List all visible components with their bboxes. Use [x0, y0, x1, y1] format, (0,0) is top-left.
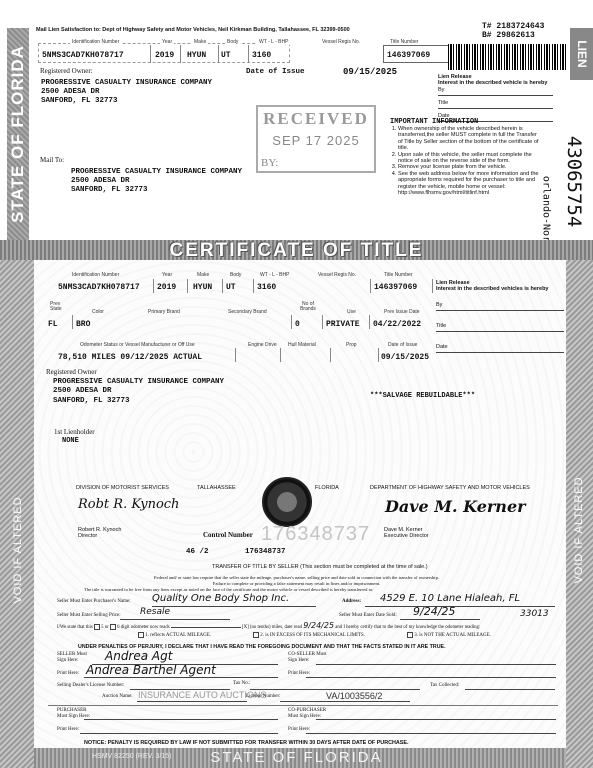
- license-number-label: License Number:: [246, 694, 281, 699]
- executive-director-signature: Dave M. Kerner: [385, 497, 526, 516]
- mileage-option-2[interactable]: 2. is IN EXCESS OF ITS MECHANICAL LIMITS…: [253, 632, 365, 638]
- control-number-large: 176348737: [261, 523, 370, 546]
- seller-signature[interactable]: Andrea Agt: [105, 649, 172, 663]
- control-number-small: 176348737: [245, 548, 286, 556]
- important-info-list: When ownership of the vehicle described …: [388, 126, 540, 221]
- transfer-legal-3: The title is warranted to be free from a…: [84, 587, 373, 592]
- cert-label-body: Body: [230, 272, 241, 278]
- info-item-2: Upon sale of this vehicle, the seller mu…: [398, 152, 540, 165]
- director-title: Director: [78, 533, 97, 539]
- cert-registered-owner-label: Registered Owner: [46, 368, 97, 376]
- cert-label-prev-issue-date: Prev Issue Date: [384, 309, 420, 315]
- selling-price-value[interactable]: Resale: [140, 607, 170, 617]
- state-band-text: STATE OF FLORIDA: [8, 45, 28, 223]
- stub-body: UT: [221, 51, 231, 60]
- stub-label-year: Year: [160, 39, 174, 45]
- cert-use: PRIVATE: [326, 320, 360, 329]
- transfer-legal-1: Federal and/ or state law require that t…: [0, 575, 593, 580]
- footer-state-of-florida: STATE OF FLORIDA: [0, 749, 593, 766]
- certificate-title: CERTIFICATE OF TITLE: [0, 240, 593, 262]
- first-lienholder-label: 1st Lienholder: [54, 428, 95, 436]
- stub-date-of-issue-label: Date of Issue: [246, 68, 305, 76]
- cert-label-title-number: Title Number: [384, 272, 412, 278]
- cert-lien-release-subtitle: Interest in the described vehicles is he…: [436, 286, 564, 292]
- dealer-license-label: Selling Dealer's License Number:: [57, 683, 124, 688]
- cert-wt-l-bhp: 3160: [257, 283, 276, 292]
- cert-year: 2019: [157, 283, 176, 292]
- cert-prev-issue-date: 04/22/2022: [373, 320, 421, 329]
- co-purchaser-signature-line[interactable]: [316, 719, 556, 720]
- purchaser-print-line[interactable]: [80, 733, 278, 734]
- void-if-altered-left: VOID IF ALTERED: [8, 400, 28, 700]
- control-number-label: Control Number: [203, 531, 253, 539]
- tracking-b-number: B# 29862613: [482, 31, 535, 40]
- florida-state-seal: [262, 477, 312, 527]
- brand-notice: ***SALVAGE REBUILDABLE***: [370, 392, 475, 400]
- tracking-t-number: T# 2183724643: [482, 22, 544, 31]
- first-lienholder-value: NONE: [62, 437, 79, 445]
- tax-no-label: Tax No.:: [233, 681, 250, 686]
- cert-label-primary-brand: Primary Brand: [148, 309, 180, 315]
- cert-owner-city: SANFORD, FL 32773: [53, 397, 130, 405]
- stub-lien-release-by: By: [438, 87, 553, 96]
- co-purchaser-print-label: Print Here:: [288, 727, 310, 732]
- mail-to-name: PROGRESSIVE CASUALTY INSURANCE COMPANY: [71, 168, 242, 176]
- purchaser-signature-line[interactable]: [84, 719, 278, 720]
- five-digit-checkbox[interactable]: [94, 624, 100, 630]
- tallahassee-label: TALLAHASSEE: [197, 485, 236, 491]
- stub-lien-release: Lien Release Interest in the described v…: [438, 74, 553, 122]
- cert-lien-release-by: By: [436, 302, 564, 311]
- address-label: Address:: [342, 599, 361, 604]
- cert-body: UT: [226, 283, 236, 292]
- stub-registered-owner-label: Registered Owner:: [40, 67, 93, 75]
- option-1-checkbox[interactable]: [138, 632, 144, 638]
- option-3-checkbox[interactable]: [407, 632, 413, 638]
- stub-vin: 5NMS3CAD7KH078717: [42, 51, 124, 60]
- odometer-statement: I/We state that this 5 or 6 digit odomet…: [57, 621, 480, 630]
- mail-lien-instruction: Mail Lien Satisfaction to: Dept of Highw…: [36, 27, 350, 33]
- received-stamp-date: SEP 17 2025: [258, 133, 374, 148]
- cert-prev-state: FL: [48, 320, 58, 329]
- mail-to-city: SANFORD, FL 32773: [71, 186, 148, 194]
- stub-title-number: 146397069: [387, 51, 430, 60]
- cert-make: HYUN: [193, 283, 212, 292]
- transfer-legal-2: Failure to complete or providing a false…: [0, 581, 593, 586]
- cert-lien-release-title-line: Title: [436, 323, 564, 332]
- mileage-option-3[interactable]: 3. is NOT THE ACTUAL MILEAGE.: [407, 632, 491, 638]
- lien-tab: LIEN: [570, 28, 593, 80]
- address-value[interactable]: 4529 E. 10 Lane Hialeah, FL: [380, 593, 520, 604]
- seller-print-label: Print Here:: [57, 671, 79, 676]
- cert-label-year: Year: [162, 272, 172, 278]
- purchaser-print-label: Print Here:: [57, 727, 79, 732]
- cert-color: BRO: [76, 320, 90, 329]
- co-seller-sign-label: CO-SELLER Must Sign Here:: [288, 652, 328, 664]
- received-stamp: RECEIVED SEP 17 2025 BY:: [256, 105, 376, 173]
- cert-owner-name: PROGRESSIVE CASUALTY INSURANCE COMPANY: [53, 378, 224, 386]
- cert-label-make: Make: [197, 272, 209, 278]
- stub-owner-name: PROGRESSIVE CASUALTY INSURANCE COMPANY: [41, 79, 212, 87]
- cert-label-identification-number: Identification Number: [72, 272, 119, 278]
- important-info-heading: IMPORTANT INFORMATION: [390, 118, 478, 126]
- date-sold-value[interactable]: 9/24/25: [413, 605, 455, 618]
- cert-lien-release: Lien Release Interest in the described v…: [436, 280, 564, 353]
- co-seller-print-label: Print Here:: [288, 671, 310, 676]
- stub-year: 2019: [155, 51, 174, 60]
- mileage-option-1[interactable]: 1. reflects ACTUAL MILEAGE.: [138, 632, 211, 638]
- cert-vin: 5NMS3CAD7KH078717: [58, 283, 140, 292]
- purchaser-name-value[interactable]: Quality One Body Shop Inc.: [152, 593, 289, 604]
- cert-label-color: Color: [92, 309, 104, 315]
- division-label: DIVISION OF MOTORIST SERVICES: [76, 485, 169, 491]
- seller-printed-name[interactable]: Andrea Barthel Agent: [86, 663, 216, 677]
- tax-collected-label: Tax Collected:: [430, 683, 459, 688]
- stub-label-body: Body: [225, 39, 240, 45]
- no-tenths-mark[interactable]: X: [244, 625, 247, 630]
- penalty-notice: NOTICE: PENALTY IS REQUIRED BY LAW IF NO…: [84, 740, 408, 746]
- info-item-4: See the web address below for more infor…: [398, 171, 540, 197]
- cert-label-use: Use: [347, 309, 356, 315]
- stub-label-make: Make: [192, 39, 208, 45]
- cert-date-of-issue: 09/15/2025: [381, 353, 429, 362]
- stub-wt-l-bhp: 3160: [252, 51, 271, 60]
- stub-lien-release-title-line: Title: [438, 100, 553, 109]
- florida-label: FLORIDA: [315, 485, 339, 491]
- void-if-altered-right: VOID IF ALTERED: [567, 380, 591, 680]
- transfer-heading: TRANSFER OF TITLE BY SELLER (This sectio…: [212, 564, 428, 570]
- state-of-florida-band: STATE OF FLORIDA: [7, 28, 29, 240]
- received-stamp-by: BY:: [261, 157, 278, 169]
- selling-price-label: Seller Must Enter Selling Price:: [57, 613, 121, 618]
- cert-label-hull-material: Hull Material: [288, 342, 316, 348]
- director-signature: Robt R. Kynoch: [78, 497, 179, 512]
- stub-label-wt-l-bhp: WT - L - BHP: [257, 39, 290, 45]
- batch-number: 46 /2: [186, 548, 209, 556]
- cert-label-odometer: Odometer Status or Vessel Manufacturer o…: [80, 342, 195, 348]
- stub-owner-street: 2500 ADESA DR: [41, 88, 100, 96]
- cert-lien-release-date: Date: [436, 344, 564, 353]
- zip-value[interactable]: 33013: [520, 609, 549, 619]
- received-stamp-title: RECEIVED: [258, 109, 374, 129]
- cert-label-vessel-regis: Vessel Regis No.: [318, 272, 356, 278]
- co-seller-signature-line[interactable]: [316, 664, 556, 665]
- mail-to-label: Mail To:: [40, 156, 64, 164]
- cert-owner-street: 2500 ADESA DR: [53, 387, 112, 395]
- odometer-reading-field[interactable]: [171, 627, 241, 628]
- executive-director-title: Executive Director: [384, 533, 429, 539]
- cert-label-no-of-brands: No of Brands: [296, 302, 320, 312]
- mail-to-street: 2500 ADESA DR: [71, 177, 130, 185]
- cert-no-of-brands: 0: [295, 320, 300, 329]
- stub-date-of-issue: 09/15/2025: [343, 67, 397, 77]
- stub-label-vessel-regis: Vessel Regis No.: [320, 39, 362, 45]
- lien-tab-text: LIEN: [575, 40, 589, 67]
- cert-odometer: 78,510 MILES 09/12/2025 ACTUAL: [58, 353, 202, 362]
- cert-label-prop: Prop: [346, 342, 357, 348]
- stub-owner-city: SANFORD, FL 32773: [41, 97, 118, 105]
- purchaser-name-label: Seller Must Enter Purchaser's Name:: [57, 599, 131, 604]
- cert-label-prev-state: Prev State: [50, 302, 66, 312]
- co-seller-print-line[interactable]: [306, 677, 556, 678]
- cert-title-number: 146397069: [374, 283, 417, 292]
- cert-label-date-of-issue: Date of Issue: [388, 342, 417, 348]
- license-number-value: VA/1003556/2: [326, 691, 382, 701]
- cert-label-secondary-brand: Secondary Brand: [228, 309, 267, 315]
- six-digit-checkbox[interactable]: [110, 624, 116, 630]
- odometer-date-read[interactable]: 9/24/25: [303, 621, 334, 630]
- department-label: DEPARTMENT OF HIGHWAY SAFETY AND MOTOR V…: [370, 485, 530, 491]
- auction-name-label: Auction Name:: [102, 694, 133, 699]
- stub-label-identification-number: Identification Number: [70, 39, 121, 45]
- cert-label-wt-l-bhp: WT - L - BHP: [260, 272, 289, 278]
- stub-lien-release-subtitle: Interest in the described vehicle is her…: [438, 80, 553, 86]
- cert-label-engine-drive: Engine Drive: [248, 342, 277, 348]
- option-2-checkbox[interactable]: [253, 632, 259, 638]
- info-item-1: When ownership of the vehicle described …: [398, 126, 540, 152]
- stub-make: HYUN: [187, 51, 206, 60]
- co-purchaser-print-line[interactable]: [306, 733, 556, 734]
- date-sold-label: Seller Must Enter Date Sold:: [339, 613, 397, 618]
- barcode: [448, 44, 566, 70]
- form-number: HSMV 82250 (REV. 3/15): [92, 753, 172, 760]
